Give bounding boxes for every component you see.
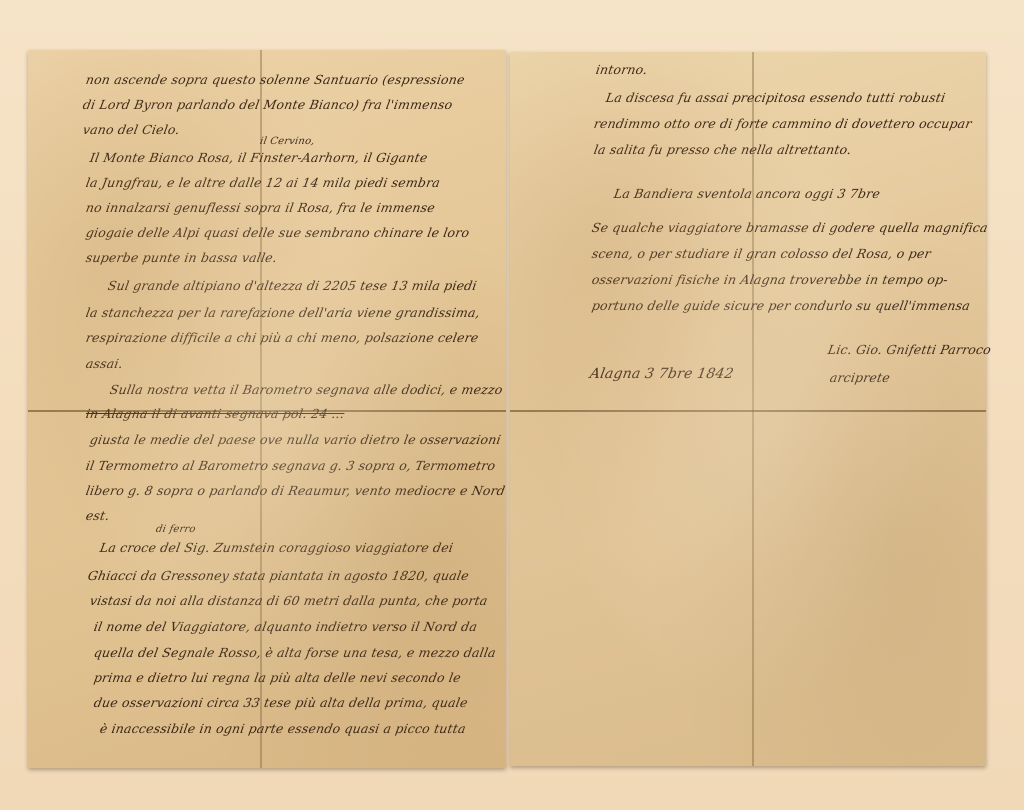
handwritten-line: scena, o per studiare il gran colosso de… <box>591 246 932 261</box>
handwritten-line: la stanchezza per la rarefazione dell'ar… <box>85 305 482 320</box>
horizontal-fold-crease <box>510 410 986 412</box>
handwritten-line: Sul grande altipiano d'altezza di 2205 t… <box>107 278 478 293</box>
handwritten-line: giusta le medie del paese ove nulla vari… <box>89 432 502 447</box>
handwritten-line: vistasi da noi alla distanza di 60 metri… <box>89 593 489 608</box>
handwritten-line: La Bandiera sventola ancora oggi 3 7bre <box>613 186 882 201</box>
handwritten-line: prima e dietro lui regna la più alta del… <box>93 670 463 685</box>
handwritten-line: Sulla nostra vetta il Barometro segnava … <box>109 382 504 397</box>
handwritten-line: la salita fu presso che nella altrettant… <box>593 142 853 157</box>
handwritten-line: La croce del Sig. Zumstein coraggioso vi… <box>99 540 455 555</box>
handwritten-line: intorno. <box>595 62 649 77</box>
handwritten-line: portuno delle guide sicure per condurlo … <box>591 298 972 313</box>
handwritten-line: il nome del Viaggiatore, alquanto indiet… <box>93 619 479 634</box>
interlinear-insertion: il Cervino, <box>259 136 316 147</box>
handwritten-line: è inaccessibile in ogni parte essendo qu… <box>99 721 467 736</box>
handwritten-line: di Lord Byron parlando del Monte Bianco)… <box>82 97 454 112</box>
handwritten-line: Ghiacci da Gressoney stata piantata in a… <box>87 568 471 583</box>
handwritten-line: giogaie delle Alpi quasi delle sue sembr… <box>85 225 471 240</box>
handwritten-line: libero g. 8 sopra o parlando di Reaumur,… <box>85 483 507 498</box>
handwritten-line: respirazione difficile a chi più a chi m… <box>85 330 480 345</box>
handwritten-line: Se qualche viaggiatore bramasse di goder… <box>591 220 989 235</box>
vertical-fold-crease <box>752 52 754 766</box>
handwritten-line: rendimmo otto ore di forte cammino di do… <box>593 116 973 131</box>
handwritten-line: assai. <box>85 356 125 371</box>
handwritten-line: superbe punte in bassa valle. <box>85 250 279 265</box>
handwritten-line-struck: in Alagna il di avanti segnava pol. 24 .… <box>85 406 346 421</box>
handwritten-line: il Termometro al Barometro segnava g. 3 … <box>85 458 497 473</box>
handwritten-line: due osservazioni circa 33 tese più alta … <box>93 695 469 710</box>
handwritten-line: La discesa fu assai precipitosa essendo … <box>605 90 947 105</box>
handwritten-line: osservazioni fisiche in Alagna troverebb… <box>591 272 950 287</box>
dateline: Alagna 3 7bre 1842 <box>589 366 735 382</box>
signature-name: Lic. Gio. Gnifetti Parroco <box>827 342 993 357</box>
handwritten-line: non ascende sopra questo solenne Santuar… <box>85 72 466 87</box>
handwritten-line: no innalzarsi genuflessi sopra il Rosa, … <box>85 200 437 215</box>
handwritten-line: la Jungfrau, e le altre dalle 12 ai 14 m… <box>85 175 442 190</box>
handwritten-line: Il Monte Bianco Rosa, il Finster-Aarhorn… <box>89 150 429 165</box>
interlinear-insertion: di ferro <box>155 524 197 535</box>
handwritten-line: vano del Cielo. <box>82 122 181 137</box>
handwritten-line: quella del Segnale Rosso, è alta forse u… <box>93 645 498 660</box>
letter-left-page: non ascende sopra questo solenne Santuar… <box>28 50 506 768</box>
signature-title: arciprete <box>829 370 892 385</box>
letter-right-page: intorno. La discesa fu assai precipitosa… <box>510 52 986 766</box>
handwritten-line: est. <box>85 508 111 523</box>
